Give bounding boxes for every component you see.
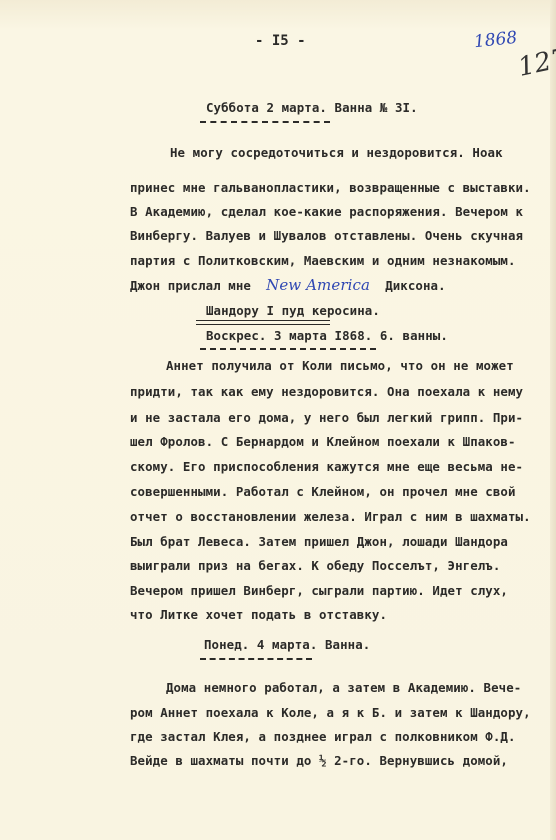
text-line: Джон прислал мне New America Диксона. xyxy=(130,276,446,294)
text-line: шел Фролов. С Бернардом и Клейном поехал… xyxy=(130,434,516,449)
text-line: выиграли приз на бегах. К обеду Посселът… xyxy=(130,558,500,573)
text-line: скому. Его приспособления кажутся мне ещ… xyxy=(130,459,523,474)
text-line: Вечером пришел Винберг, сыграли партию. … xyxy=(130,583,508,598)
entry-heading: Понед. 4 марта. Ванна. xyxy=(204,637,370,652)
text-line: совершенными. Работал с Клейном, он проч… xyxy=(130,484,516,499)
text-line: Дома немного работал, а затем в Академию… xyxy=(166,680,521,695)
entry-heading: Суббота 2 марта. Ванна № 3I. xyxy=(206,100,418,115)
text-line: Был брат Левеса. Затем пришел Джон, лоша… xyxy=(130,534,508,549)
text-line: принес мне гальванопластики, возвращенны… xyxy=(130,180,531,195)
text-line: и не застала его дома, у него был легкий… xyxy=(130,410,523,425)
note-double-underline xyxy=(196,320,330,325)
text-line: Вейде в шахматы почти до ½ 2-го. Вернувш… xyxy=(130,753,508,768)
text-line: придти, так как ему нездоровится. Она по… xyxy=(130,384,523,399)
text-line: Не могу сосредоточиться и нездоровится. … xyxy=(170,145,503,160)
text-segment: Джон прислал мне xyxy=(130,278,251,293)
text-line: где застал Клея, а позднее играл с полко… xyxy=(130,729,516,744)
text-segment: Диксона. xyxy=(385,278,445,293)
note-line: Шандору I пуд керосина. xyxy=(206,303,380,318)
text-line: отчет о восстановлении железа. Играл с н… xyxy=(130,509,531,524)
entry-heading: Воскрес. 3 марта I868. 6. ванны. xyxy=(206,328,448,343)
text-line: Винбергу. Валуев и Шувалов отставлены. О… xyxy=(130,228,523,243)
heading-underline xyxy=(200,658,312,660)
heading-underline xyxy=(200,121,330,123)
text-line: ром Аннет поехала к Коле, а я к Б. и зат… xyxy=(130,705,531,720)
page-number: - I5 - xyxy=(255,33,306,49)
text-line: Аннет получила от Коли письмо, что он не… xyxy=(166,358,514,373)
text-line: партия с Политковским, Маевским и одним … xyxy=(130,253,516,268)
text-line: что Литке хочет подать в отставку. xyxy=(130,607,387,622)
heading-underline xyxy=(200,348,376,350)
text-line: В Академию, сделал кое-какие распоряжени… xyxy=(130,204,523,219)
handwritten-insert: New America xyxy=(266,276,370,294)
page-edge xyxy=(550,0,556,840)
